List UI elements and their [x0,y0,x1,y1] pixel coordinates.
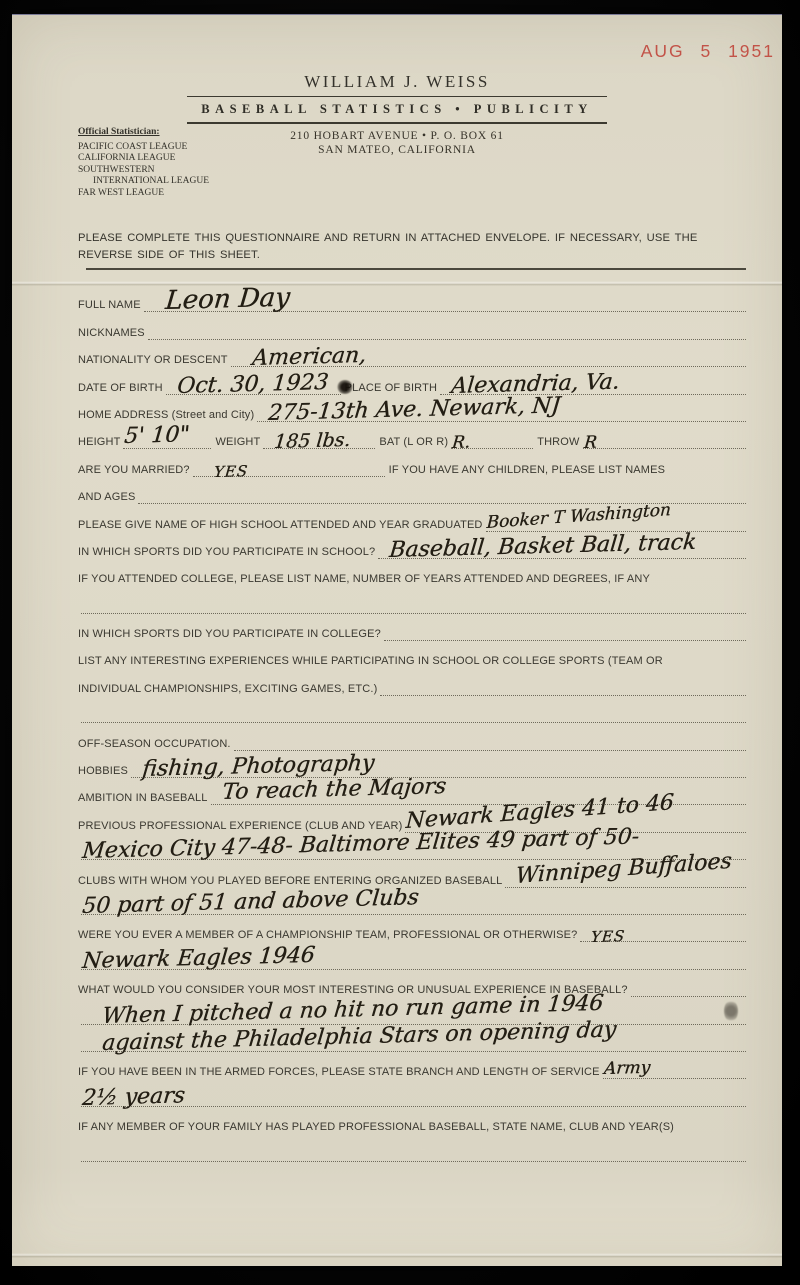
ambition-label: AMBITION IN BASEBALL [78,792,208,805]
weight-line: 185 lbs. [263,429,375,449]
full-name-handwritten-value: Leon Day [164,283,291,316]
league-item: INTERNATIONAL LEAGUE [78,176,209,188]
field-row-full-name: FULL NAME Leon Day [78,285,746,312]
championship-line: YES [580,922,746,942]
blank-line-row [78,696,746,723]
field-row-interesting: WHAT WOULD YOU CONSIDER YOUR MOST INTERE… [78,970,746,997]
league-item: PACIFIC COAST LEAGUE [78,142,209,154]
field-row-family: IF ANY MEMBER OF YOUR FAMILY HAS PLAYED … [78,1107,746,1134]
field-row-birth: DATE OF BIRTH Oct. 30, 1923 PLACE OF BIR… [78,367,746,394]
ink-smudge [724,1000,738,1022]
hobbies-label: HOBBIES [78,765,128,778]
handwritten-answer-row: against the Philadelphia Stars on openin… [78,1025,746,1052]
college-label: IF YOU ATTENDED COLLEGE, PLEASE LIST NAM… [78,573,650,586]
field-row-ages: AND AGES [78,477,746,504]
clubs-before-line: Winnipeg Buffaloes [505,868,746,888]
married-label: ARE YOU MARRIED? [78,464,190,477]
high-school-handwritten-value: Booker T Washington [486,500,671,533]
children-label: IF YOU HAVE ANY CHILDREN, PLEASE LIST NA… [389,464,665,477]
school-sports-line: Baseball, Basket Ball, track [378,539,746,559]
full-name-line: Leon Day [144,292,746,312]
field-row-school-sports: IN WHICH SPORTS DID YOU PARTICIPATE IN S… [78,532,746,559]
height-line: 5' 10" [123,429,211,449]
experiences-label-line1: LIST ANY INTERESTING EXPERIENCES WHILE P… [78,655,663,668]
field-row-previous-experience: PREVIOUS PROFESSIONAL EXPERIENCE (CLUB A… [78,805,746,832]
scanned-document-background: { "stamp": "AUG 5 1951", "letterhead": {… [0,0,800,1285]
championship-line2: Newark Eagles 1946 [81,950,746,970]
header-divider-rule [86,268,746,270]
league-item: FAR WEST LEAGUE [78,188,209,200]
ambition-handwritten-value: To reach the Majors [221,774,447,805]
school-sports-label: IN WHICH SPORTS DID YOU PARTICIPATE IN S… [78,546,375,559]
clubs-before-handwritten-line2: 50 part of 51 and above Clubs [81,885,420,919]
bat-label: BAT (L OR R) [379,436,448,449]
height-handwritten-value: 5' 10" [123,423,191,450]
interesting-answer-line2: against the Philadelphia Stars on openin… [81,1032,746,1052]
date-stamp: AUG 5 1951 [641,41,775,62]
nicknames-line [148,320,746,340]
field-row-armed-forces: IF YOU HAVE BEEN IN THE ARMED FORCES, PL… [78,1052,746,1079]
armed-forces-handwritten-value: Army [603,1058,651,1079]
full-name-label: FULL NAME [78,299,141,312]
instructions-text: PLEASE COMPLETE THIS QUESTIONNAIRE AND R… [78,230,754,263]
family-answer-line [81,1142,746,1162]
paper-crease [12,1253,782,1258]
field-row-physical: HEIGHT 5' 10" WEIGHT 185 lbs. BAT (L OR … [78,422,746,449]
handwritten-continuation-row: Newark Eagles 1946 [78,942,746,969]
ink-blot [337,380,353,394]
field-row-nicknames: NICKNAMES [78,312,746,339]
handwritten-answer-row: When I pitched a no hit no run game in 1… [78,997,746,1024]
college-answer-line [81,594,746,614]
field-row-clubs-before: CLUBS WITH WHOM YOU PLAYED BEFORE ENTERI… [78,860,746,887]
place-of-birth-line: Alexandria, Va. [440,375,746,395]
home-address-line: 275-13th Ave. Newark, NJ [257,402,746,422]
nationality-line: American, [231,347,746,367]
clubs-before-label: CLUBS WITH WHOM YOU PLAYED BEFORE ENTERI… [78,875,502,888]
championship-label: WERE YOU EVER A MEMBER OF A CHAMPIONSHIP… [78,929,577,942]
handwritten-continuation-row: 2½ years [78,1079,746,1106]
nicknames-label: NICKNAMES [78,327,145,340]
field-row-college: IF YOU ATTENDED COLLEGE, PLEASE LIST NAM… [78,559,746,586]
place-of-birth-label: PLACE OF BIRTH [345,382,437,395]
official-statistician-title: Official Statistician: [78,127,209,139]
blank-line-row [78,1134,746,1161]
league-item: SOUTHWESTERN [78,165,209,177]
nationality-label: NATIONALITY OR DESCENT [78,354,228,367]
occupation-line [234,731,746,751]
field-row-experiences-line2: INDIVIDUAL CHAMPIONSHIPS, EXCITING GAMES… [78,668,746,695]
letterhead-tagline: BASEBALL STATISTICS • PUBLICITY [201,102,593,116]
family-label: IF ANY MEMBER OF YOUR FAMILY HAS PLAYED … [78,1121,674,1134]
field-row-nationality: NATIONALITY OR DESCENT American, [78,340,746,367]
ages-label: AND AGES [78,491,135,504]
experiences-label-line2: INDIVIDUAL CHAMPIONSHIPS, EXCITING GAMES… [78,683,377,696]
date-of-birth-label: DATE OF BIRTH [78,382,163,395]
questionnaire-form: FULL NAME Leon Day NICKNAMES NATIONALITY… [78,285,746,1162]
home-address-label: HOME ADDRESS (Street and City) [78,409,254,422]
bat-line: R. [451,429,533,449]
throw-line: R [583,429,747,449]
throw-label: THROW [537,436,579,449]
married-line: YES [193,457,385,477]
field-row-high-school: PLEASE GIVE NAME OF HIGH SCHOOL ATTENDED… [78,504,746,531]
high-school-label: PLEASE GIVE NAME OF HIGH SCHOOL ATTENDED… [78,519,483,532]
college-sports-line [384,621,746,641]
interesting-line [631,977,746,997]
armed-forces-label: IF YOU HAVE BEEN IN THE ARMED FORCES, PL… [78,1066,600,1079]
field-row-home-address: HOME ADDRESS (Street and City) 275-13th … [78,395,746,422]
date-of-birth-line: Oct. 30, 1923 [166,375,341,395]
height-label: HEIGHT [78,436,120,449]
letterhead-tagline-box: BASEBALL STATISTICS • PUBLICITY [187,96,607,124]
handwritten-continuation-row: 50 part of 51 and above Clubs [78,888,746,915]
armed-forces-line: Army [603,1059,746,1079]
league-item: CALIFORNIA LEAGUE [78,153,209,165]
experiences-answer-line [81,703,746,723]
college-sports-label: IN WHICH SPORTS DID YOU PARTICIPATE IN C… [78,628,381,641]
field-row-hobbies: HOBBIES fishing, Photography [78,751,746,778]
official-statistician-block: Official Statistician: PACIFIC COAST LEA… [78,127,209,199]
field-row-married: ARE YOU MARRIED? YES IF YOU HAVE ANY CHI… [78,449,746,476]
clubs-before-line2: 50 part of 51 and above Clubs [81,895,746,915]
questionnaire-paper: AUG 5 1951 WILLIAM J. WEISS BASEBALL STA… [12,14,782,1266]
experiences-line [380,676,746,696]
weight-label: WEIGHT [215,436,260,449]
field-row-championship: WERE YOU EVER A MEMBER OF A CHAMPIONSHIP… [78,915,746,942]
occupation-label: OFF-SEASON OCCUPATION. [78,738,231,751]
high-school-line: Booker T Washington [486,512,746,532]
field-row-experiences-line1: LIST ANY INTERESTING EXPERIENCES WHILE P… [78,641,746,668]
letterhead-name: WILLIAM J. WEISS [12,72,782,92]
field-row-college-sports: IN WHICH SPORTS DID YOU PARTICIPATE IN C… [78,614,746,641]
interesting-answer-line1: When I pitched a no hit no run game in 1… [81,1005,746,1025]
armed-forces-line2: 2½ years [81,1087,746,1107]
blank-line-row [78,586,746,613]
field-row-occupation: OFF-SEASON OCCUPATION. [78,723,746,750]
